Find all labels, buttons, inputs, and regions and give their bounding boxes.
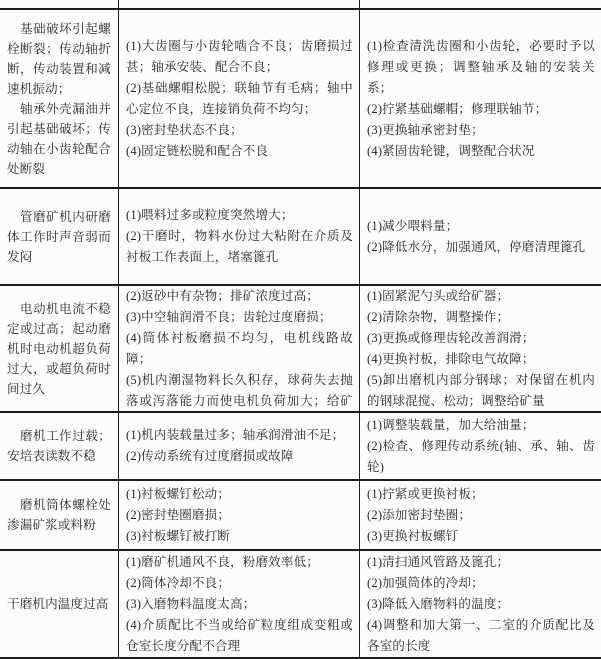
remedy-item: (1)检查清洗齿圈和小齿轮，必要时予以修理或更换；调整轴承及轴的安装关系； bbox=[367, 36, 595, 99]
cause-item: (2)干磨时，物料水份过大粘附在介质及衬板工作表面上，堵塞篦孔 bbox=[126, 226, 353, 268]
remedy-item: (3)降低入磨物料的温度； bbox=[367, 594, 595, 615]
cause-item: (1)机内装载量过多；轴承润滑油不足； bbox=[126, 425, 353, 446]
fault-text: 磨机工作过载；安培表读数不稳 bbox=[7, 426, 111, 466]
remedies-cell: (1)调整装载量，加大给油量；(2)检查、修理传动系统(轴、承、轴、齿轮) bbox=[360, 411, 601, 479]
table-top-margin-right bbox=[360, 0, 601, 8]
causes-cell: (1)磨矿机通风不良，粉磨效率低；(2)筒体冷却不良；(3)入磨物料温度太高；(… bbox=[118, 549, 360, 657]
fault-cell: 磨机筒体螺栓处渗漏矿浆或料粉 bbox=[0, 479, 118, 549]
fault-cell: 电动机电流不稳定或过高；起动磨机时电动机超负荷过大，或超负荷时间过久 bbox=[0, 284, 118, 411]
fault-cell: 磨机工作过载；安培表读数不稳 bbox=[0, 411, 118, 479]
remedy-item: (2)清除杂物，调整操作； bbox=[367, 307, 595, 328]
cause-item: (2)密封垫圈磨损； bbox=[126, 505, 353, 526]
remedies-cell: (1)清扫通风管路及篦孔；(2)加强筒体的冷却；(3)降低入磨物料的温度；(4)… bbox=[360, 549, 601, 657]
remedy-item: (1)拧紧或更换衬板； bbox=[367, 484, 595, 505]
fault-text: 干磨机内温度过高 bbox=[7, 594, 111, 614]
remedy-item: (4)紧固齿轮键，调整配合状况 bbox=[367, 141, 595, 162]
cause-item: (1)衬板螺钉松动； bbox=[126, 484, 353, 505]
cause-item: (4)介质配比不当或给矿粒度组成变粗或仓室长度分配不合理 bbox=[126, 615, 353, 657]
remedies-cell: (1)检查清洗齿圈和小齿轮，必要时予以修理或更换；调整轴承及轴的安装关系；(2)… bbox=[360, 8, 601, 187]
cause-item: (4)固定链松脱和配合不良 bbox=[126, 141, 353, 162]
cause-item: (3)密封垫状态不良； bbox=[126, 120, 353, 141]
causes-cell: (1)喂料过多或粒度突然增大；(2)干磨时，物料水份过大粘附在介质及衬板工作表面… bbox=[118, 187, 360, 284]
fault-text: 电动机电流不稳定或过高；起动磨机时电动机超负荷过大，或超负荷时间过久 bbox=[7, 299, 111, 399]
remedy-item: (3)更换轴承密封垫； bbox=[367, 120, 595, 141]
remedy-item: (2)加强筒体的冷却； bbox=[367, 573, 595, 594]
fault-text: 磨机筒体螺栓处渗漏矿浆或料粉 bbox=[7, 495, 111, 535]
cause-item: (4)筒体衬板磨损不均匀，电机线路故障； bbox=[126, 328, 353, 370]
fault-cell: 干磨机内温度过高 bbox=[0, 549, 118, 657]
cause-item: (1)磨矿机通风不良，粉磨效率低； bbox=[126, 552, 353, 573]
remedy-item: (2)降低水分，加强通风，停磨清理篦孔 bbox=[367, 237, 595, 258]
remedies-cell: (1)固紧泥勺头或给矿器；(2)清除杂物，调整操作；(3)更换或修理齿轮改善润滑… bbox=[360, 284, 601, 411]
cause-item: (3)入磨物料温度太高； bbox=[126, 594, 353, 615]
remedy-item: (2)检查、修理传动系统(轴、承、轴、齿轮) bbox=[367, 436, 595, 478]
table-top-margin-left bbox=[0, 0, 118, 8]
remedy-item: (2)添加密封垫圈； bbox=[367, 505, 595, 526]
causes-cell: (1)衬板螺钉松动；(2)密封垫圈磨损；(3)衬板螺钉被打断 bbox=[118, 479, 360, 549]
remedy-item: (1)清扫通风管路及篦孔； bbox=[367, 552, 595, 573]
cause-item: (5)机内潮湿物料长久积存，球荷失去抛落或泻落能力而使电机负荷加大；给矿过多 bbox=[126, 370, 353, 412]
troubleshooting-table: 基础破坏引起螺栓断裂；传动轴折断，传动装置和减速机振动； 轴承外壳漏油并引起基础… bbox=[0, 0, 601, 659]
fault-text: 基础破坏引起螺栓断裂；传动轴折断，传动装置和减速机振动； bbox=[7, 19, 111, 99]
cause-item: (3)中空轴润滑不良；齿轮过度磨损； bbox=[126, 307, 353, 328]
cause-item: (2)返砂中有杂物；排矿浓度过高； bbox=[126, 286, 353, 307]
cause-item: (2)基础螺帽松脱；联轴节有毛病；轴中心定位不良，连接销负荷不均匀； bbox=[126, 78, 353, 120]
remedy-item: (5)卸出磨机内部分钢球；对保留在机内的钢球混搅、松动；调整给矿量 bbox=[367, 370, 595, 412]
remedy-item: (3)更换或修理齿轮改善润滑； bbox=[367, 328, 595, 349]
remedy-item: (1)减少喂料量； bbox=[367, 216, 595, 237]
cause-item: (2)传动系统有过度磨损或故障 bbox=[126, 446, 353, 467]
remedy-item: (2)拧紧基础螺帽；修理联轴节； bbox=[367, 99, 595, 120]
fault-text: 管磨矿机内研磨体工作时声音弱而发闷 bbox=[7, 207, 111, 267]
causes-cell: (1)机内装载量过多；轴承润滑油不足；(2)传动系统有过度磨损或故障 bbox=[118, 411, 360, 479]
remedy-item: (4)调整和加大第一、二室的介质配比及各室的长度 bbox=[367, 615, 595, 657]
cause-item: (1)喂料过多或粒度突然增大； bbox=[126, 205, 353, 226]
fault-cell: 管磨矿机内研磨体工作时声音弱而发闷 bbox=[0, 187, 118, 284]
fault-text: 轴承外壳漏油并引起基础破坏；传动轴在小齿轮配合处断裂 bbox=[7, 99, 111, 179]
remedies-cell: (1)拧紧或更换衬板；(2)添加密封垫圈；(3)更换衬板螺钉 bbox=[360, 479, 601, 549]
table-top-margin-middle bbox=[118, 0, 360, 8]
cause-item: (2)筒体冷却不良； bbox=[126, 573, 353, 594]
remedy-item: (4)更换衬板，排除电气故障； bbox=[367, 349, 595, 370]
remedy-item: (1)固紧泥勺头或给矿器； bbox=[367, 286, 595, 307]
fault-cell: 基础破坏引起螺栓断裂；传动轴折断，传动装置和减速机振动； 轴承外壳漏油并引起基础… bbox=[0, 8, 118, 187]
cause-item: (3)衬板螺钉被打断 bbox=[126, 526, 353, 547]
remedy-item: (1)调整装载量，加大给油量； bbox=[367, 415, 595, 436]
remedy-item: (3)更换衬板螺钉 bbox=[367, 526, 595, 547]
remedies-cell: (1)减少喂料量；(2)降低水分，加强通风，停磨清理篦孔 bbox=[360, 187, 601, 284]
causes-cell: (1)泥勺头活动，给矿器松动；(2)返砂中有杂物；排矿浓度过高；(3)中空轴润滑… bbox=[118, 284, 360, 411]
causes-cell: (1)大齿圈与小齿轮啮合不良；齿磨损过甚；轴承安装、配合不良；(2)基础螺帽松脱… bbox=[118, 8, 360, 187]
cause-item: (1)大齿圈与小齿轮啮合不良；齿磨损过甚；轴承安装、配合不良； bbox=[126, 36, 353, 78]
